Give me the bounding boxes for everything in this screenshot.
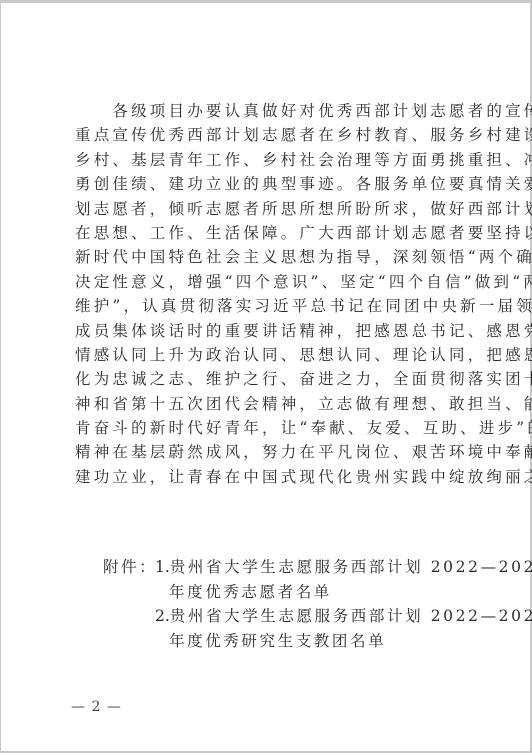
body-line: 维护”，认真贯彻落实习近平总书记在同团中央新一届领导班子 <box>75 294 467 318</box>
attachment-title-line2: 年度优秀研究生支教团名单 <box>155 629 532 654</box>
body-line: 化为忠诚之志、维护之行、奋进之力，全面贯彻落实团十九大精 <box>75 367 467 391</box>
attachments-label: 附件： <box>103 555 157 580</box>
attachment-number: 2. <box>155 607 170 625</box>
document-page: 各级项目办要认真做好对优秀西部计划志愿者的宣传工作， 重点宣传优秀西部计划志愿者… <box>1 3 530 751</box>
body-line: 勇创佳绩、建功立业的典型事迹。各服务单位要真情关爱西部计 <box>75 172 467 196</box>
body-line: 各级项目办要认真做好对优秀西部计划志愿者的宣传工作， <box>75 99 467 123</box>
body-line: 肯奋斗的新时代好青年，让“奉献、友爱、互助、进步”的志愿 <box>75 416 467 440</box>
body-line: 神和省第十五次团代会精神，立志做有理想、敢担当、能吃苦、 <box>75 392 467 416</box>
body-line: 在思想、工作、生活保障。广大西部计划志愿者要坚持以习近平 <box>75 221 467 245</box>
body-line: 决定性意义，增强“四个意识”、坚定“四个自信”做到“两个 <box>75 270 467 294</box>
body-line: 乡村、基层青年工作、乡村社会治理等方面勇挑重担、冲锋在前、 <box>75 148 467 172</box>
attachment-title-line1: 贵州省大学生志愿服务西部计划 2022—2023 <box>170 607 532 625</box>
body-line: 成员集体谈话时的重要讲话精神，把感恩总书记、感恩党中央的 <box>75 319 467 343</box>
attachment-title-line1: 贵州省大学生志愿服务西部计划 2022—2023 <box>170 558 532 576</box>
body-line: 精神在基层蔚然成风，努力在平凡岗位、艰苦环境中奉献青春、 <box>75 440 467 464</box>
body-paragraph: 各级项目办要认真做好对优秀西部计划志愿者的宣传工作， 重点宣传优秀西部计划志愿者… <box>75 99 467 489</box>
attachment-title-line2: 年度优秀志愿者名单 <box>155 580 532 605</box>
body-line: 划志愿者，倾听志愿者所思所想所盼所求，做好西部计划志愿者 <box>75 197 467 221</box>
body-line: 重点宣传优秀西部计划志愿者在乡村教育、服务乡村建设、健康 <box>75 123 467 147</box>
page-number: — 2 — <box>71 699 122 715</box>
attachment-item: 2.贵州省大学生志愿服务西部计划 2022—2023 年度优秀研究生支教团名单 <box>155 604 532 653</box>
attachment-item: 1.贵州省大学生志愿服务西部计划 2022—2023 年度优秀志愿者名单 <box>155 555 532 604</box>
body-line: 建功立业，让青春在中国式现代化贵州实践中绽放绚丽之花。 <box>75 465 467 489</box>
body-line: 情感认同上升为政治认同、思想认同、理论认同，把感恩之心转 <box>75 343 467 367</box>
body-line: 新时代中国特色社会主义思想为指导，深刻领悟“两个确立”的 <box>75 245 467 269</box>
attachment-number: 1. <box>155 558 170 576</box>
